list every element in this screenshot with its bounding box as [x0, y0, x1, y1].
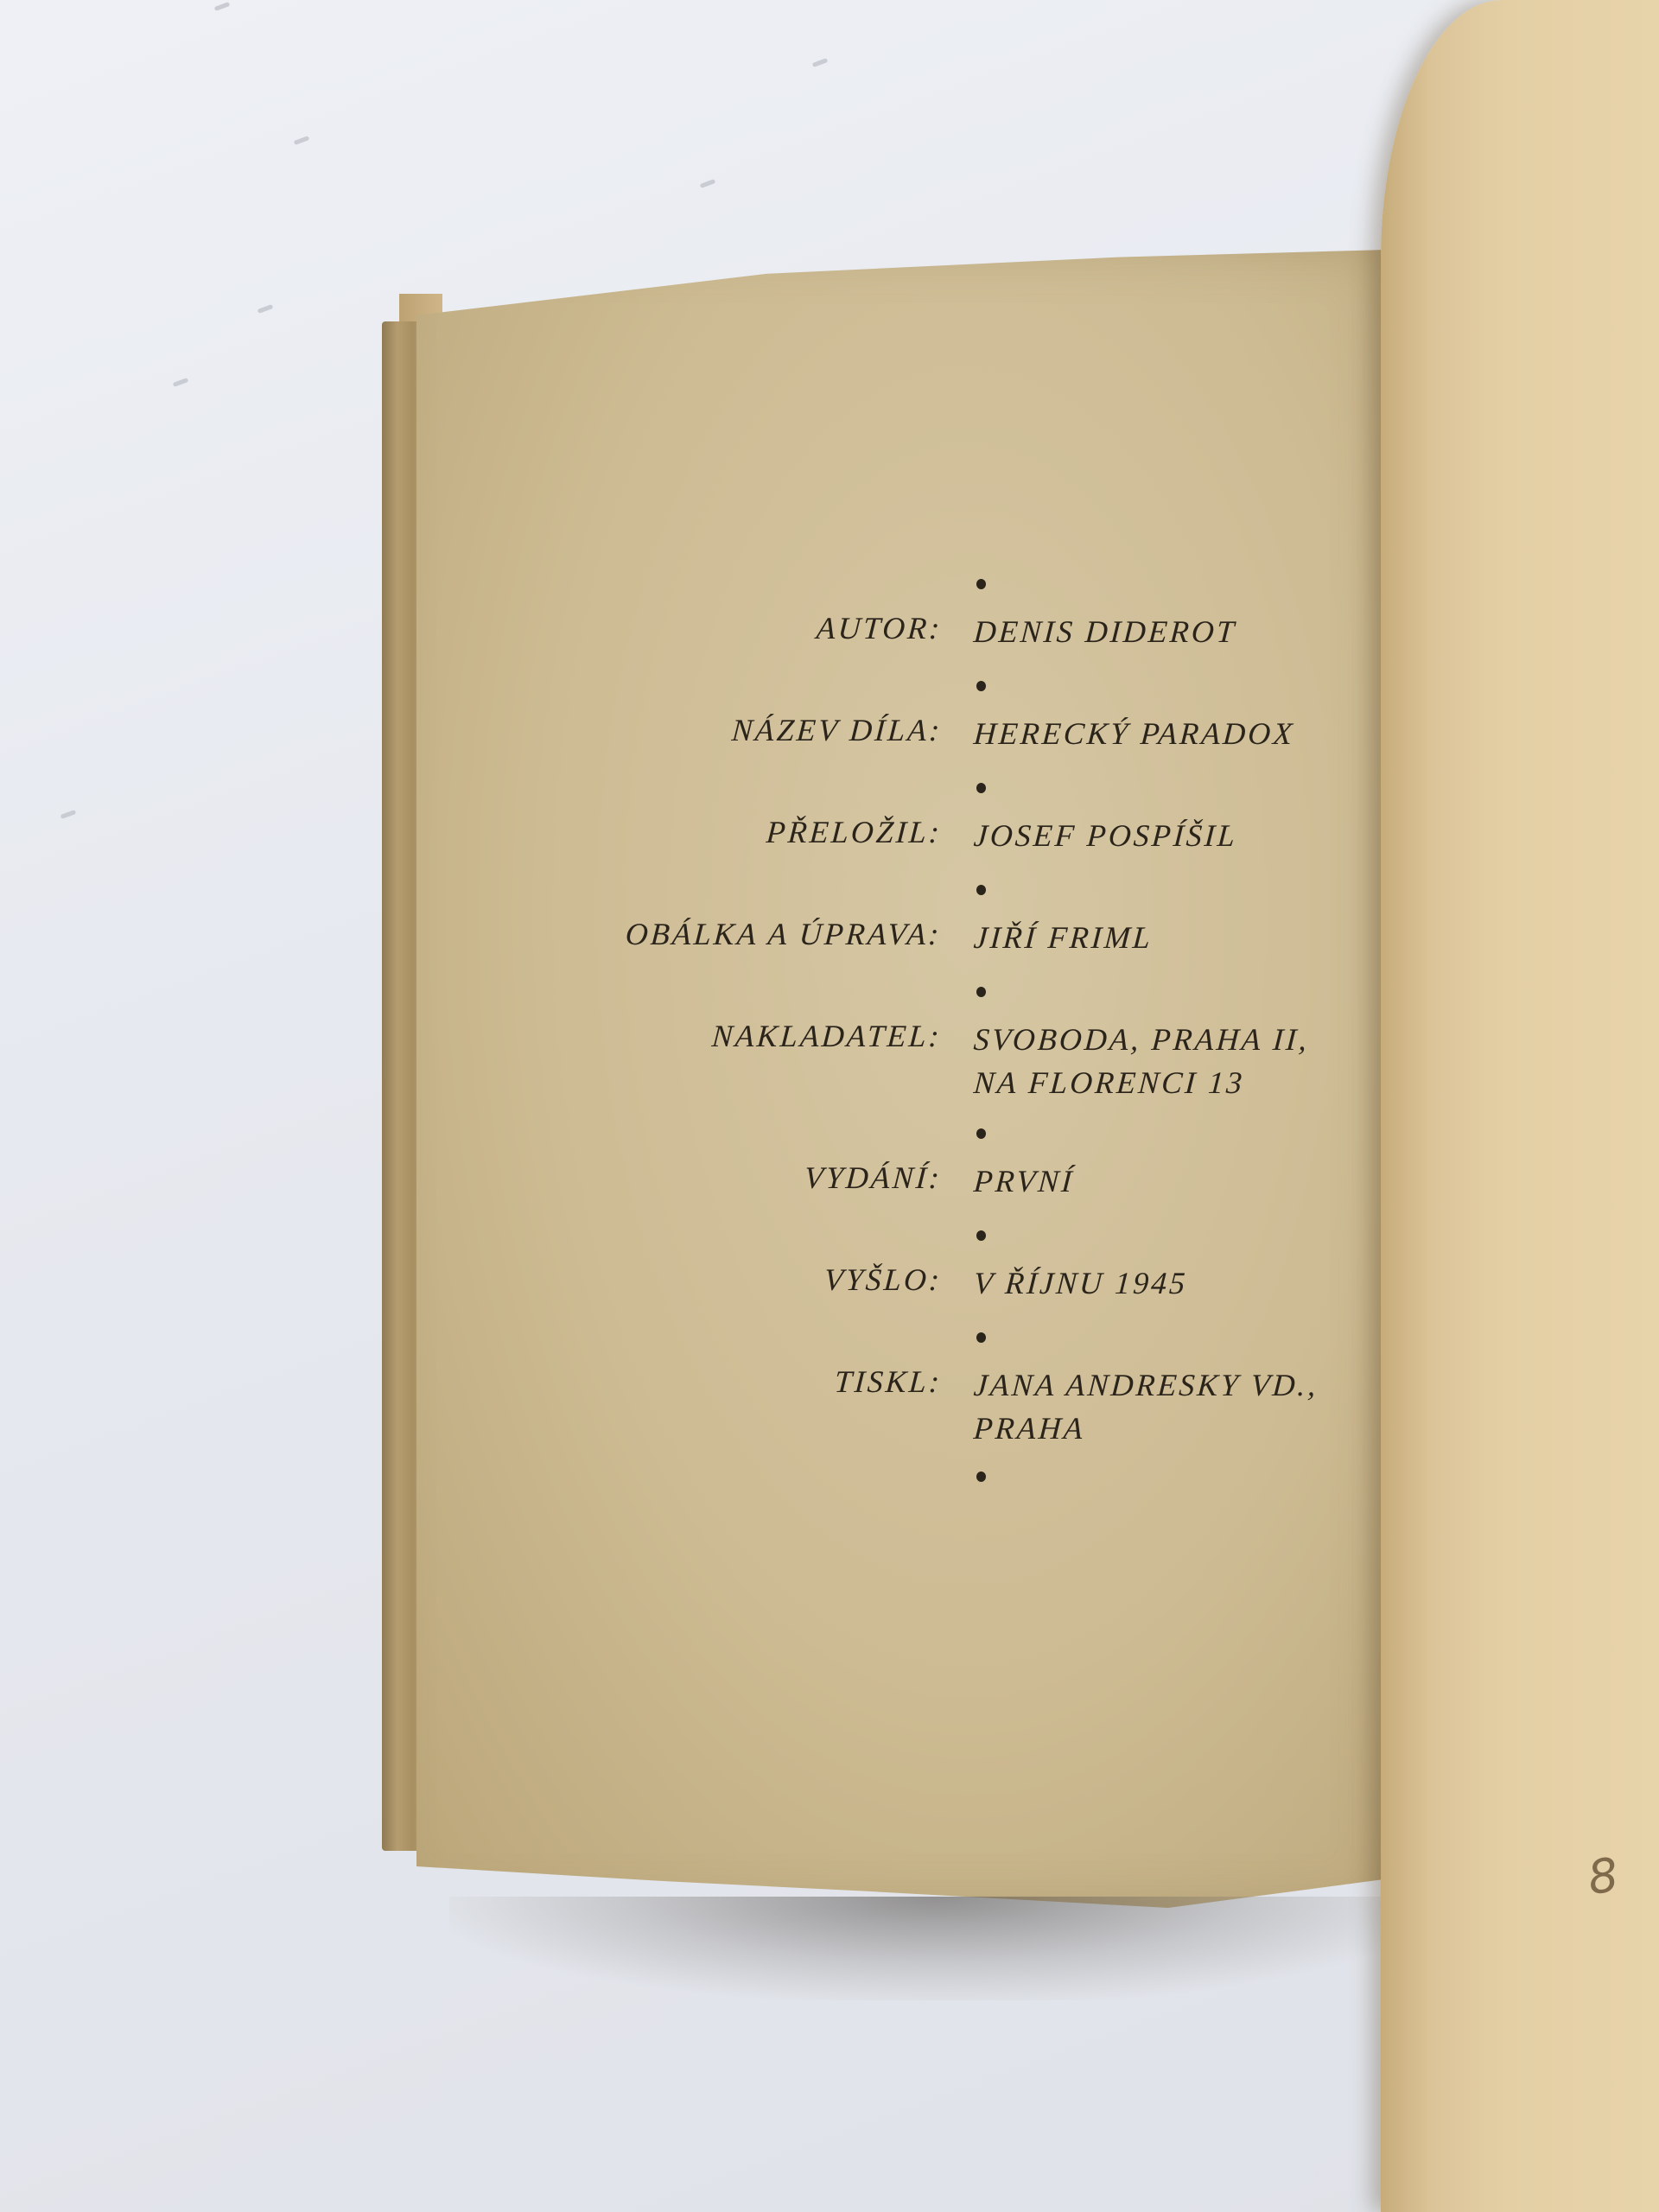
separator-dot: [976, 579, 986, 589]
entry-value: JOSEF POSPÍŠIL: [972, 814, 1238, 857]
separator-dot: [976, 1128, 986, 1139]
entry-label: AUTOR:: [815, 610, 943, 646]
entry-label: VYDÁNÍ:: [804, 1160, 944, 1196]
separator-dot: [976, 885, 986, 895]
entry-label: VYŠLO:: [823, 1262, 944, 1298]
separator-dot: [976, 783, 986, 793]
separator-dot: [976, 1332, 986, 1343]
entry-value: SVOBODA, PRAHA II,: [972, 1018, 1311, 1061]
separator-dot: [976, 987, 986, 997]
entry-value: JANA ANDRESKY VD.,: [972, 1363, 1319, 1407]
entry-label: NÁZEV DÍLA:: [730, 712, 943, 748]
entry-label: OBÁLKA A ÚPRAVA:: [625, 916, 943, 952]
entry-label: NAKLADATEL:: [711, 1018, 944, 1054]
separator-dot: [976, 1230, 986, 1241]
entry-label: PŘELOŽIL:: [766, 814, 944, 850]
entry-value: JIŘÍ FRIML: [972, 916, 1154, 959]
entry-label: TISKL:: [834, 1363, 944, 1400]
separator-dot: [976, 1471, 986, 1482]
entry-value: V ŘÍJNU 1945: [972, 1262, 1189, 1305]
entry-value-line2: NA FLORENCI 13: [972, 1061, 1246, 1104]
entry-value: HERECKÝ PARADOX: [972, 712, 1296, 755]
entry-value: DENIS DIDEROT: [972, 610, 1237, 653]
entry-value-line2: PRAHA: [972, 1407, 1086, 1450]
entry-value: PRVNÍ: [972, 1160, 1076, 1203]
separator-dot: [976, 681, 986, 691]
